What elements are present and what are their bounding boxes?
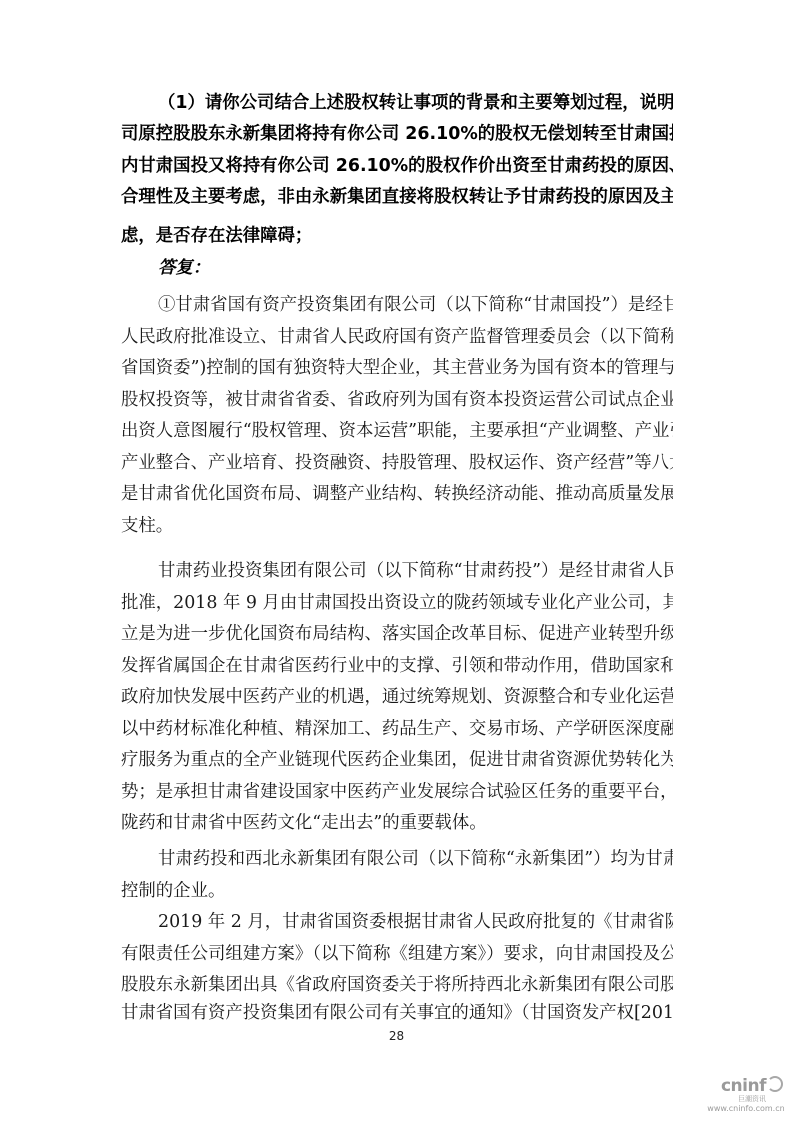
paragraph-4-line-2: 有限责任公司组建方案》（以下简称《组建方案》）要求，向甘肃国投及公司原控 [121,943,673,965]
paragraph-2-line-8: 势；是承担甘肃省建设国家中医药产业发展综合试验区任务的重要平台，是促进 [121,781,673,803]
paragraph-1-line-2: 人民政府批准设立、甘肃省人民政府国有资产监督管理委员会（以下简称“甘肃 [121,326,673,348]
paragraph-4-line-1: 2019 年 2 月，甘肃省国资委根据甘肃省人民政府批复的《甘肃省陇药集团 [158,911,673,933]
question-line-5: 虑，是否存在法律障碍； [121,225,673,247]
paragraph-1-line-1: ①甘肃省国有资产投资集团有限公司（以下简称“甘肃国投”）是经甘肃省 [158,294,673,316]
cninfo-watermark: cninf 巨潮资讯 www.cninfo.com.cn [712,1076,792,1114]
watermark-logo-text: cninf [721,1076,766,1096]
paragraph-3-line-1: 甘肃药投和西北永新集团有限公司（以下简称“永新集团”）均为甘肃国投 [158,848,673,870]
paragraph-2-line-2: 批准，2018 年 9 月由甘肃国投出资设立的陇药领域专业化产业公司，其组建设 [121,592,673,614]
paragraph-2-line-3: 立是为进一步优化国资布局结构、落实国企改革目标、促进产业转型升级，充分 [121,623,673,645]
watermark-chinese: 巨潮资讯 [712,1095,792,1104]
document-page: （1）请你公司结合上述股权转让事项的背景和主要筹划过程，说明由你公 司原控股股东… [0,0,793,1122]
paragraph-2-line-6: 以中药材标准化种植、精深加工、药品生产、交易市场、产学研医深度融合、医 [121,718,673,740]
paragraph-2-line-1: 甘肃药业投资集团有限公司（以下简称“甘肃药投”）是经甘肃省人民政府 [158,560,673,582]
paragraph-2-line-4: 发挥省属国企在甘肃省医药行业中的支撑、引领和带动作用，借助国家和省委省 [121,655,673,677]
paragraph-1-line-7: 是甘肃省优化国资布局、调整产业结构、转换经济动能、推动高质量发展的重要 [121,483,673,505]
question-line-2: 司原控股股东永新集团将持有你公司 26.10%的股权无偿划转至甘肃国投，短期 [121,123,673,145]
paragraph-1-line-5: 出资人意图履行“股权管理、资本运营”职能，主要承担“产业调整、产业引领、 [121,420,673,442]
paragraph-2-line-7: 疗服务为重点的全产业链现代医药企业集团，促进甘肃省资源优势转化为经济优 [121,749,673,771]
question-line-1: （1）请你公司结合上述股权转让事项的背景和主要筹划过程，说明由你公 [158,92,673,114]
watermark-url: www.cninfo.com.cn [698,1104,793,1114]
reply-label: 答复： [158,257,210,279]
paragraph-2-line-9: 陇药和甘肃省中医药文化“走出去”的重要载体。 [121,812,673,834]
paragraph-4-line-3: 股股东永新集团出具《省政府国资委关于将所持西北永新集团有限公司股权划转 [121,974,673,996]
paragraph-1-line-4: 股权投资等，被甘肃省省委、省政府列为国有资本投资运营公司试点企业，围绕 [121,389,673,411]
question-line-4: 合理性及主要考虑，非由永新集团直接将股权转让予甘肃药投的原因及主要考 [121,186,673,208]
paragraph-3-line-2: 控制的企业。 [121,880,673,902]
swirl-logo-icon [767,1076,783,1092]
paragraph-1-line-8: 支柱。 [121,515,673,537]
paragraph-1-line-3: 省国资委”)控制的国有独资特大型企业，其主营业务为国有资本的管理与运营、 [121,357,673,379]
paragraph-4-line-4: 甘肃省国有资产投资集团有限公司有关事宜的通知》（甘国资发产权[2019]48 号… [121,1002,673,1024]
question-line-3: 内甘肃国投又将持有你公司 26.10%的股权作价出资至甘肃药投的原因、必要性、 [121,155,673,177]
paragraph-2-line-5: 政府加快发展中医药产业的机遇，通过统筹规划、资源整合和专业化运营，打造 [121,686,673,708]
page-number: 28 [0,1029,793,1043]
paragraph-1-line-6: 产业整合、产业培育、投资融资、持股管理、股权运作、资产经营”等八大功能， [121,452,673,474]
watermark-logo: cninf [712,1076,792,1095]
